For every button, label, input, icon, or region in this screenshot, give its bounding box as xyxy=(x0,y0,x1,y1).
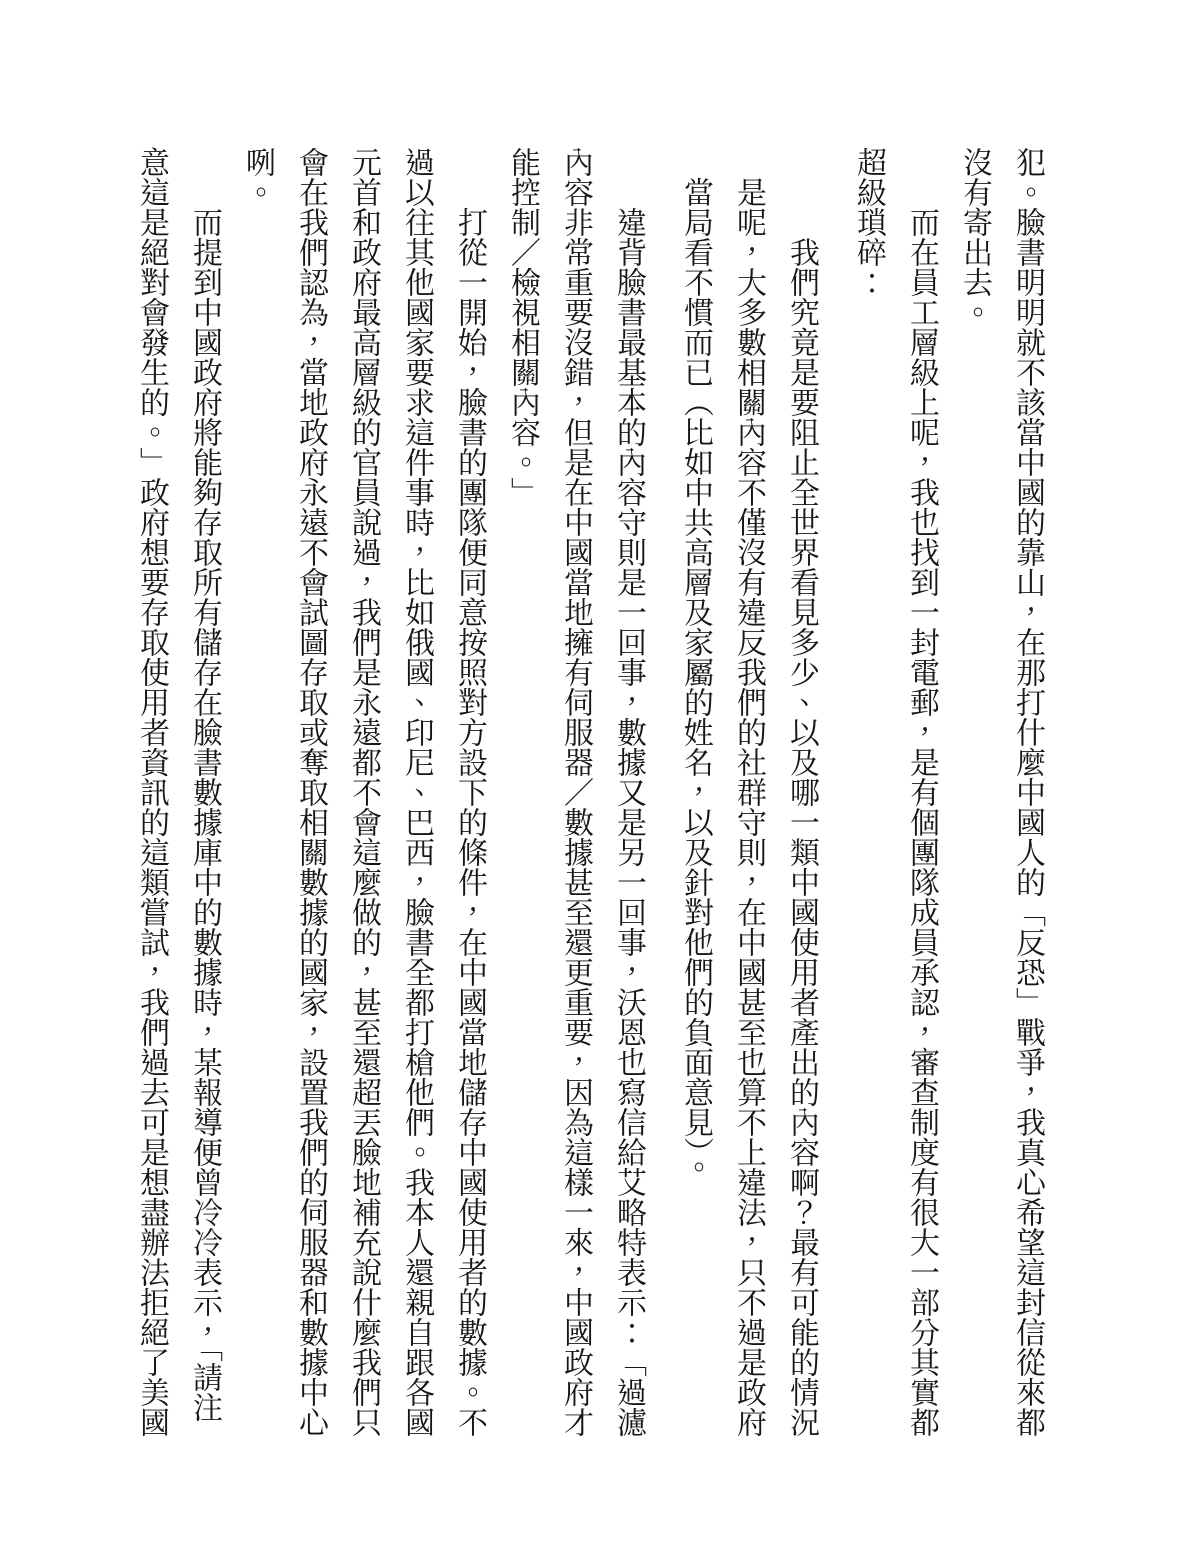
paragraph-government-access: 而提到中國政府將能夠存取所有儲存在臉書數據庫中的數據時，某報導便曾冷冷表示，「請… xyxy=(125,147,231,1441)
blockquote-email-excerpt: 我們究竟是要阻止全世界看見多少、以及哪一類中國使用者產出的內容啊？最有可能的情況… xyxy=(669,147,828,1441)
paragraph-letter-ending: 犯。臉書明明就不該當中國的靠山，在那打什麼中國人的「反恐」戰爭，我真心希望這封信… xyxy=(948,147,1054,1441)
paragraph-data-vs-content: 違背臉書最基本的內容守則是一回事，數據又是另一回事，沃恩也寫信給艾略特表示：「過… xyxy=(496,147,655,1441)
paragraph-employee-email-intro: 而在員工層級上呢，我也找到一封電郵，是有個團隊成員承認，審查制度有很大一部分其實… xyxy=(842,147,948,1441)
paragraph-data-localization: 打從一開始，臉書的團隊便同意按照對方設下的條件，在中國當地儲存中國使用者的數據。… xyxy=(231,147,496,1441)
book-page: 犯。臉書明明就不該當中國的靠山，在那打什麼中國人的「反恐」戰爭，我真心希望這封信… xyxy=(0,0,1200,1553)
vertical-text-block: 犯。臉書明明就不該當中國的靠山，在那打什麼中國人的「反恐」戰爭，我真心希望這封信… xyxy=(125,147,1054,1441)
